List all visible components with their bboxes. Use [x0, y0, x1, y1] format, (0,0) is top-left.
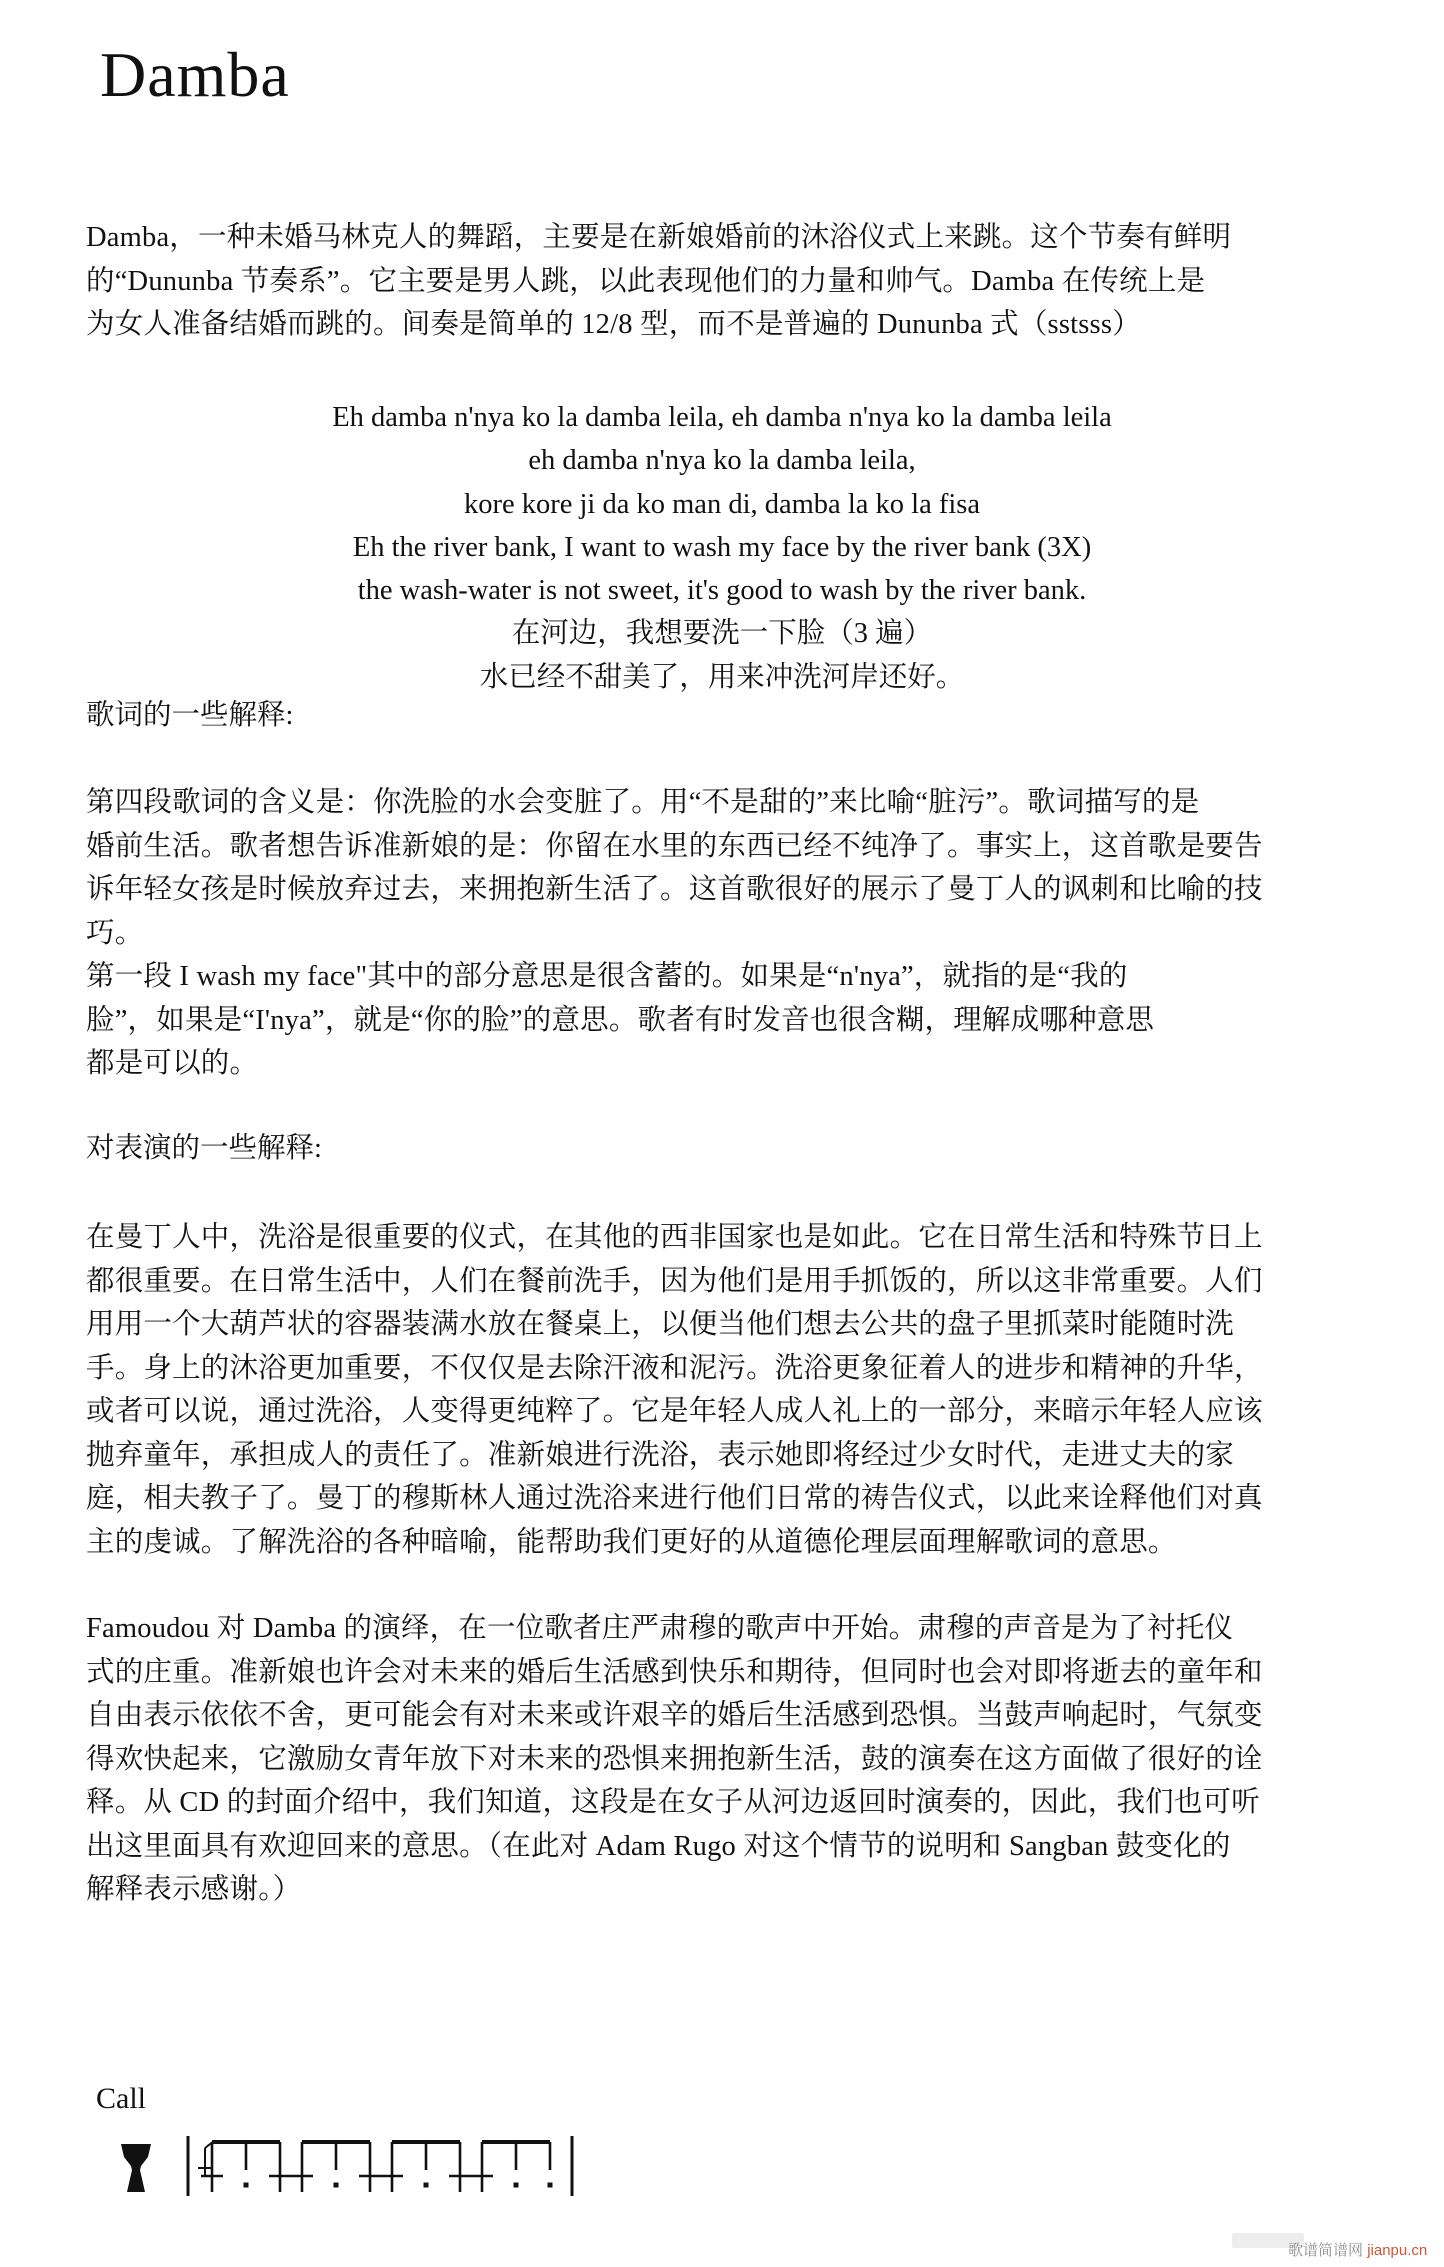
performance-notes-heading: 对表演的一些解释: — [86, 1127, 322, 1171]
lyrics-note-paragraph-2: 第一段 I wash my face"其中的部分意思是很含蓄的。如果是“n'ny… — [86, 955, 1422, 1086]
rest-dot — [244, 2183, 249, 2188]
rest-dot — [334, 2183, 339, 2188]
rest-dot — [548, 2183, 553, 2188]
rest-dot — [424, 2183, 429, 2188]
page-title: Damba — [100, 40, 290, 109]
rest-dot — [514, 2183, 519, 2188]
site-watermark: 歌谱简谱网 jianpu.cn — [1288, 2239, 1427, 2260]
lyrics-notes-heading: 歌词的一些解释: — [86, 694, 293, 738]
watermark-site-url: jianpu.cn — [1367, 2242, 1427, 2259]
djembe-icon — [121, 2144, 151, 2192]
song-lyrics-block: Eh damba n'nya ko la damba leila, eh dam… — [0, 396, 1444, 699]
watermark-site-name: 歌谱简谱网 — [1288, 2242, 1363, 2259]
drum-notation-staff — [118, 2130, 588, 2202]
performance-note-paragraph: 在曼丁人中，洗浴是很重要的仪式，在其他的西非国家也是如此。它在日常生活和特殊节日… — [86, 1216, 1422, 1564]
lyrics-note-paragraph-1: 第四段歌词的含义是：你洗脸的水会变脏了。用“不是甜的”来比喻“脏污”。歌词描写的… — [86, 781, 1422, 955]
call-label: Call — [96, 2082, 146, 2116]
interpretation-paragraph: Famoudou 对 Damba 的演绎，在一位歌者庄严肃穆的歌声中开始。肃穆的… — [86, 1607, 1422, 1912]
document-page: Damba Damba，一种未婚马林克人的舞蹈，主要是在新娘婚前的沐浴仪式上来跳… — [0, 0, 1444, 2267]
intro-paragraph: Damba，一种未婚马林克人的舞蹈，主要是在新娘婚前的沐浴仪式上来跳。这个节奏有… — [86, 216, 1422, 347]
